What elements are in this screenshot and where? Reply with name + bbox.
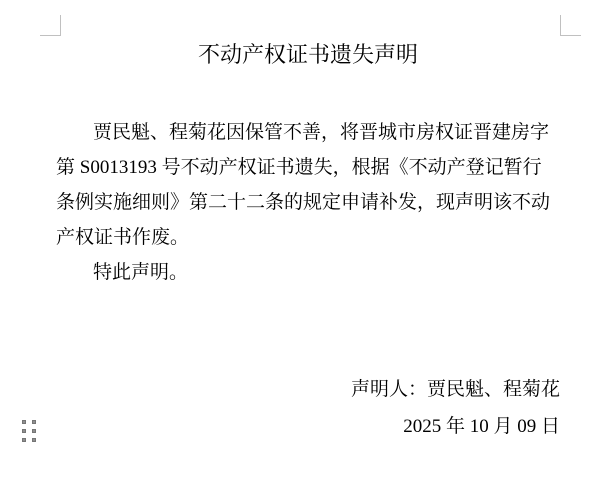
body-line: 特此声明。 <box>56 255 560 290</box>
body-line: 第 S0013193 号不动产权证书遗失，根据《不动产登记暂行 <box>56 150 560 185</box>
date-line: 2025 年 10 月 09 日 <box>56 408 560 445</box>
drag-handle-dot <box>32 429 36 433</box>
signature-block: 声明人：贾民魁、程菊花 2025 年 10 月 09 日 <box>56 371 560 445</box>
body-line: 产权证书作废。 <box>56 220 560 255</box>
declarants-line: 声明人：贾民魁、程菊花 <box>56 371 560 408</box>
body-line: 贾民魁、程菊花因保管不善，将晋城市房权证晋建房字 <box>56 115 560 150</box>
drag-handle-dot <box>22 420 26 424</box>
document-title: 不动产权证书遗失声明 <box>56 38 560 69</box>
document-content: 不动产权证书遗失声明 贾民魁、程菊花因保管不善，将晋城市房权证晋建房字 第 S0… <box>56 0 560 499</box>
drag-handle-dot <box>22 429 26 433</box>
margin-crop-mark-top-right-icon <box>560 15 581 36</box>
body-line: 条例实施细则》第二十二条的规定申请补发，现声明该不动 <box>56 185 560 220</box>
document-page: 不动产权证书遗失声明 贾民魁、程菊花因保管不善，将晋城市房权证晋建房字 第 S0… <box>0 0 614 499</box>
drag-handle-dot <box>22 438 26 442</box>
drag-handle-icon[interactable] <box>22 420 36 442</box>
drag-handle-dot <box>32 438 36 442</box>
drag-handle-dot <box>32 420 36 424</box>
document-body: 贾民魁、程菊花因保管不善，将晋城市房权证晋建房字 第 S0013193 号不动产… <box>56 115 560 290</box>
